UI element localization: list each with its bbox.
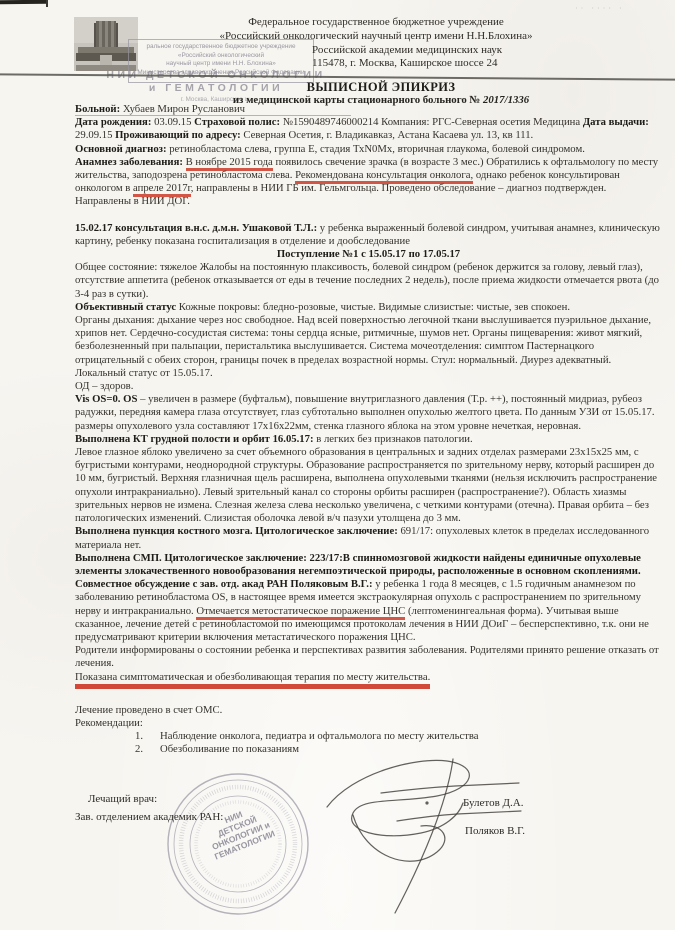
text-segment: Основной диагноз: — [75, 143, 169, 155]
signature-block: НИИ ДЕТСКОЙ ОНКОЛОГИИ и ГЕМАТОЛОГИИ Леча… — [75, 773, 662, 923]
bone-marrow: Выполнена пункция костного мозга. Цитоло… — [75, 525, 662, 551]
text-segment: Vis OS=0. OS — [75, 393, 137, 405]
document-title: ВЫПИСНОЙ ЭПИКРИЗ — [76, 80, 675, 95]
text-segment: Дата рождения: — [75, 116, 154, 128]
consultation: 15.02.17 консультация в.н.с. д.м.н. Ушак… — [75, 222, 662, 248]
objective-status: Объективный статус Кожные покровы: бледн… — [75, 301, 662, 314]
attending-doctor-label: Лечащий врач: — [88, 793, 157, 806]
od-line: ОД – здоров. — [75, 380, 662, 393]
department-head-label: Зав. отделением академик РАН: — [75, 811, 223, 824]
scanned-discharge-document: ·· ···· · ральное государственное бюджет… — [0, 0, 675, 930]
text-segment: 15.02.17 консультация в.н.с. д.м.н. Ушак… — [75, 222, 320, 234]
text-segment: в легких без признаков патологии. — [314, 433, 473, 445]
department-head-name: Поляков В.Г. — [465, 825, 525, 838]
smp: Выполнена СМП. Цитологическое заключение… — [75, 552, 662, 578]
patient-data: Дата рождения: 03.09.15 Страховой полис:… — [75, 116, 662, 142]
text-segment: Хубаев Мирон Русланович — [123, 103, 245, 115]
org-header-address: Российской академии медицинских наук 115… — [312, 44, 652, 71]
text-segment: Анамнез заболевания: — [75, 156, 186, 168]
parents-informed: Родители информированы о состоянии ребен… — [75, 644, 662, 670]
text-segment: Левое глазное яблоко увеличено за счет о… — [75, 446, 657, 524]
joint-discussion: Совместное обсуждение с зав. отд. акад Р… — [75, 578, 662, 644]
systems: Органы дыхания: дыхание через нос свобод… — [75, 314, 662, 367]
text-segment: Органы дыхания: дыхание через нос свобод… — [75, 314, 651, 366]
text-segment: Проживающий по адресу: — [115, 129, 243, 141]
text-segment: Обезболивание по показаниям — [160, 743, 299, 755]
ct-findings: Левое глазное яблоко увеличено за счет о… — [75, 446, 662, 525]
recommendations-heading: Рекомендации: — [75, 717, 662, 730]
list-number: 1. — [135, 730, 143, 743]
text-segment: Кожные покровы: бледно-розовые, чистые. … — [179, 301, 570, 313]
org-line: «Российский онкологический научный центр… — [76, 30, 675, 44]
text-segment: Выполнена пункция костного мозга. Цитоло… — [75, 525, 398, 537]
diagnosis: Основной диагноз: ретинобластома слева, … — [75, 143, 662, 156]
org-line: Российской академии медицинских наук — [312, 44, 652, 57]
patient-name-line: Больной: Хубаев Мирон Русланович — [75, 103, 662, 116]
text-segment: Совместное обсуждение с зав. отд. акад Р… — [75, 578, 375, 590]
text-segment: Объективный статус — [75, 301, 179, 313]
recommendation-underlined: Показана симптоматическая и обезболивающ… — [75, 671, 662, 684]
local-status: Локальный статус от 15.05.17. — [75, 367, 662, 380]
stamp-line: ральное государственное бюджетное учрежд… — [129, 43, 313, 52]
text-segment: Дата выдачи: — [583, 116, 649, 128]
text-segment: Выполнена СМП. Цитологическое заключение… — [75, 552, 641, 577]
text-segment: Больной: — [75, 103, 123, 115]
text-segment: Наблюдение онколога, педиатра и офтальмо… — [160, 730, 479, 742]
org-line: Федеральное государственное бюджетное уч… — [76, 16, 675, 30]
stamp-line: научный центр имени Н.Н. Блохина» — [129, 60, 313, 69]
scan-noise: ·· ···· · — [575, 4, 625, 13]
anamnesis: Анамнез заболевания: В ноябре 2015 года … — [75, 156, 662, 209]
text-segment: Страховой полис: — [194, 116, 283, 128]
stamp-line: «Российский онкологический — [129, 52, 313, 61]
text-segment: Северная Осетия, г. Владикавказ, Астана … — [243, 129, 533, 141]
text-segment: Показана симптоматическая и обезболивающ… — [75, 671, 430, 689]
text-segment: Локальный статус от 15.05.17. — [75, 367, 213, 379]
document-body: Больной: Хубаев Мирон РуслановичДата рож… — [75, 103, 662, 923]
text-segment: Рекомендации: — [75, 717, 143, 729]
attending-doctor-name: Булетов Д.А. — [463, 797, 523, 810]
org-header: Федеральное государственное бюджетное уч… — [76, 16, 675, 43]
text-segment: – увеличен в размере (буфтальм), повышен… — [75, 393, 655, 431]
list-number: 2. — [135, 743, 143, 756]
text-segment: ретинобластома слева, группа Е, стадия Т… — [169, 143, 585, 155]
ct-heading: Выполнена КТ грудной полости и орбит 16.… — [75, 433, 662, 446]
recommendation-item: 1.Наблюдение онколога, педиатра и офталь… — [75, 730, 662, 743]
admission-heading: Поступление №1 с 15.05.17 по 17.05.17 — [75, 248, 662, 261]
text-segment: №1590489746000214 Компания: РГС-Северная… — [283, 116, 583, 128]
text-segment: Выполнена КТ грудной полости и орбит 16.… — [75, 433, 314, 445]
general-state: Общее состояние: тяжелое Жалобы на посто… — [75, 261, 662, 301]
text-segment: Лечение проведено в счет ОМС. — [75, 704, 222, 716]
text-segment: Поступление №1 с 15.05.17 по 17.05.17 — [277, 248, 460, 260]
oms-line: Лечение проведено в счет ОМС. — [75, 704, 662, 717]
scan-edge-artifact — [46, 0, 48, 7]
text-segment: 03.09.15 — [154, 116, 194, 128]
vis-line: Vis OS=0. OS – увеличен в размере (буфта… — [75, 393, 662, 433]
scan-edge-artifact — [0, 0, 47, 4]
text-segment: Общее состояние: тяжелое Жалобы на посто… — [75, 261, 659, 299]
text-segment: Родители информированы о состоянии ребен… — [75, 644, 659, 669]
text-segment: 29.09.15 — [75, 129, 115, 141]
text-segment: ОД – здоров. — [75, 380, 133, 392]
org-line: 115478, г. Москва, Каширское шоссе 24 — [312, 57, 652, 70]
